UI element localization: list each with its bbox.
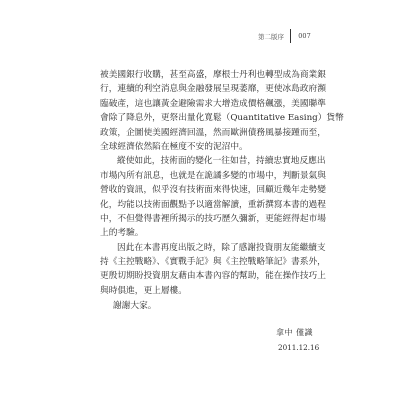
text-line: 中，不但覺得書裡所揭示的技巧歷久彌新，更能經得起市場 bbox=[100, 212, 310, 226]
section-title: 第二版序 bbox=[258, 32, 284, 41]
text-line: 被美國銀行收購，甚至高盛，摩根士丹利也轉型成為商業銀 bbox=[100, 68, 310, 82]
paragraph-2: 縱使如此，技術面的變化一往如昔，持續忠實地反應出 市場內所有訊息，也就是在詭譎多… bbox=[100, 154, 310, 240]
text-line: 營收的資訊，似乎沒有技術面來得快速，回顧近幾年走勢變 bbox=[100, 183, 310, 197]
text-line: 市場內所有訊息，也就是在詭譎多變的市場中，判斷景氣與 bbox=[100, 169, 310, 183]
text-line: 全球經濟依然陷在極度不安的泥沼中。 bbox=[100, 140, 310, 154]
text-line: 政策，企圖使美國經濟回溫，然而歐洲債務風暴接踵而至， bbox=[100, 126, 310, 140]
header-divider bbox=[290, 29, 291, 43]
text-line: 更殷切期盼投資朋友藉由本書內容的幫助，能在操作技巧上 bbox=[100, 269, 310, 283]
running-header: 第二版序 007 bbox=[258, 28, 311, 44]
text-line: 行，連續的利空消息與金融發展呈現萎靡，更使冰島政府瀕 bbox=[100, 82, 310, 96]
page-number: 007 bbox=[298, 32, 310, 40]
closing-line: 謝謝大家。 bbox=[113, 299, 156, 311]
text-line: 臨破產，這也讓黃金避險需求大增造成價格飆漲，美國聯準 bbox=[100, 97, 310, 111]
text-line: 上的考驗。 bbox=[100, 226, 310, 240]
signature: 拿中 僅識 bbox=[276, 327, 313, 338]
text-line: 化，均能以技術面觀點予以適當解讀，重新撰寫本書的過程 bbox=[100, 198, 310, 212]
signature-date: 2011.12.16 bbox=[278, 343, 319, 352]
body-text: 被美國銀行收購，甚至高盛，摩根士丹利也轉型成為商業銀 行，連續的利空消息與金融發… bbox=[100, 68, 310, 298]
text-line: 會除了降息外，更祭出量化寬鬆（Quantitative Easing）貨幣 bbox=[100, 111, 310, 125]
paragraph-3: 因此在本書再度出版之時，除了感謝投資朋友能繼續支 持《主控戰略》、《實戰手記》與… bbox=[100, 241, 310, 299]
text-line: 與時俱進，更上層樓。 bbox=[100, 284, 310, 298]
paragraph-1: 被美國銀行收購，甚至高盛，摩根士丹利也轉型成為商業銀 行，連續的利空消息與金融發… bbox=[100, 68, 310, 154]
text-line: 縱使如此，技術面的變化一往如昔，持續忠實地反應出 bbox=[100, 154, 310, 168]
text-line: 持《主控戰略》、《實戰手記》與《主控戰略筆記》書系外， bbox=[100, 255, 310, 269]
text-line: 因此在本書再度出版之時，除了感謝投資朋友能繼續支 bbox=[100, 241, 310, 255]
